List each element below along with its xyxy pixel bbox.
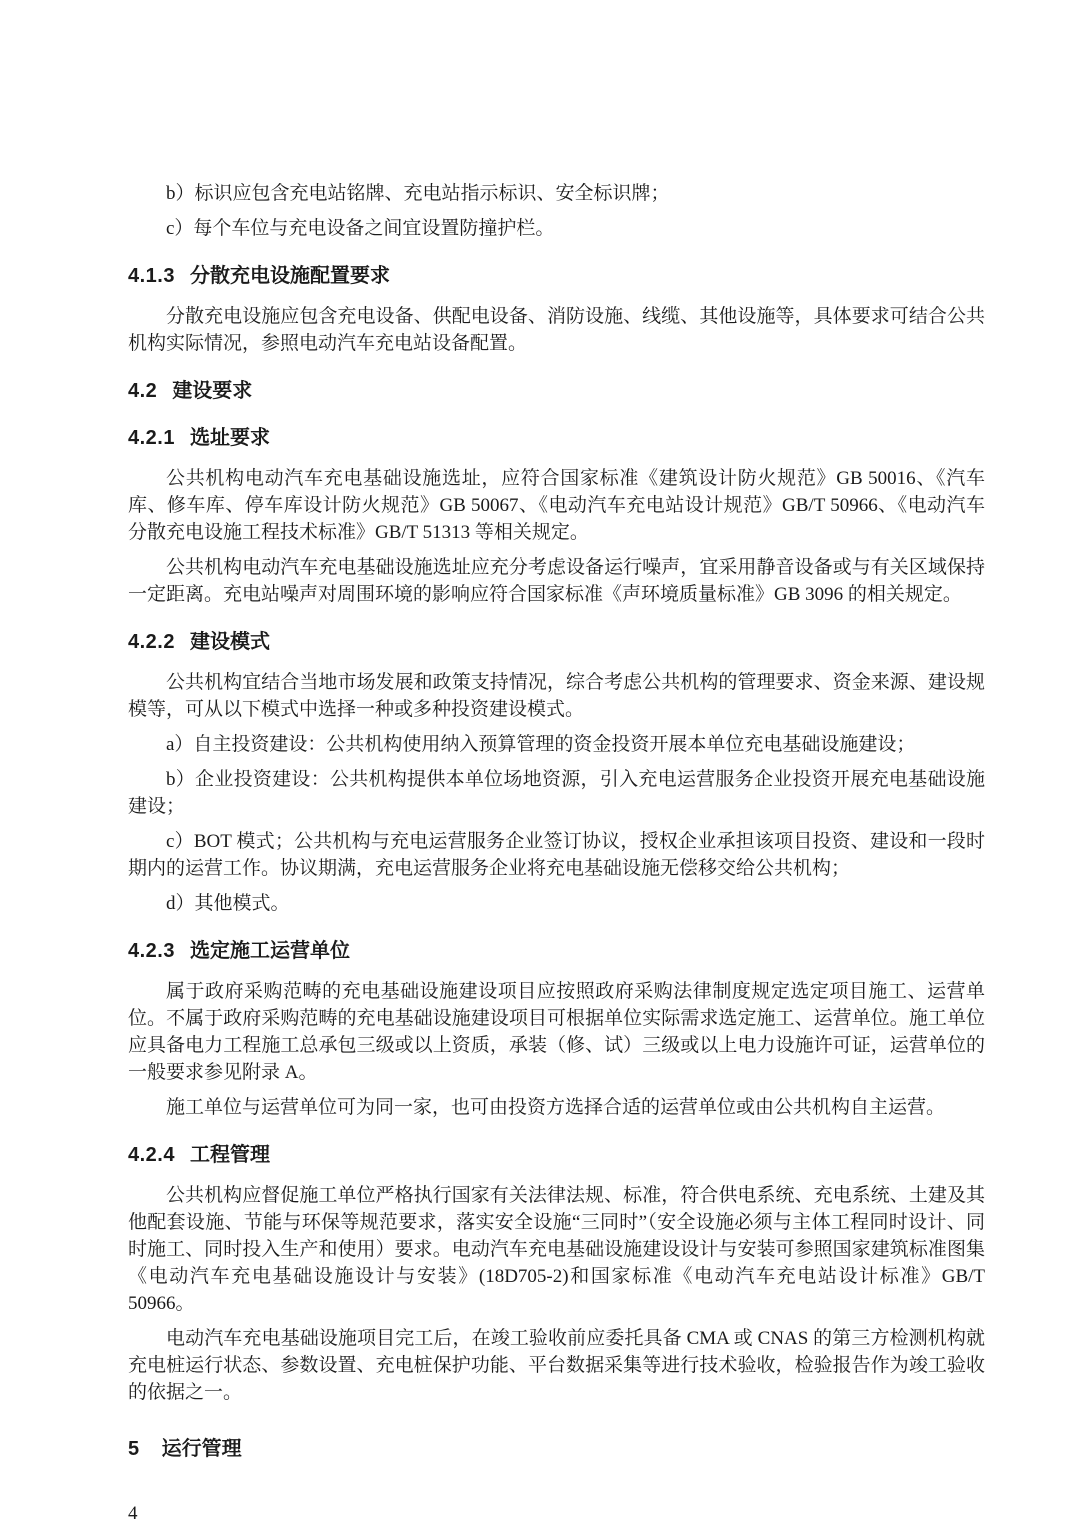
paragraph: 公共机构电动汽车充电基础设施选址应充分考虑设备运行噪声，宜采用静音设备或与有关区… [128, 554, 985, 608]
list-item: c）每个车位与充电设备之间宜设置防撞护栏。 [128, 215, 985, 242]
chapter-heading-5: 5运行管理 [128, 1436, 985, 1462]
chapter-number: 5 [128, 1436, 140, 1462]
section-title: 选定施工运营单位 [190, 940, 350, 962]
paragraph: 分散充电设施应包含充电设备、供配电设备、消防设施、线缆、其他设施等，具体要求可结… [128, 303, 985, 357]
section-heading-4-2-4: 4.2.4工程管理 [128, 1142, 985, 1168]
section-title: 建设模式 [190, 631, 270, 653]
section-heading-4-1-3: 4.1.3分散充电设施配置要求 [128, 263, 985, 289]
document-page: b）标识应包含充电站铭牌、充电站指示标识、安全标识牌； c）每个车位与充电设备之… [0, 0, 1080, 1527]
section-heading-4-2-1: 4.2.1选址要求 [128, 425, 985, 451]
section-number: 4.2.3 [128, 938, 175, 964]
paragraph: 电动汽车充电基础设施项目完工后，在竣工验收前应委托具备 CMA 或 CNAS 的… [128, 1325, 985, 1406]
paragraph: 属于政府采购范畴的充电基础设施建设项目应按照政府采购法律制度规定选定项目施工、运… [128, 978, 985, 1086]
section-number: 4.2.4 [128, 1142, 175, 1168]
section-title: 工程管理 [190, 1144, 270, 1166]
paragraph: 公共机构宜结合当地市场发展和政策支持情况，综合考虑公共机构的管理要求、资金来源、… [128, 669, 985, 723]
section-heading-4-2: 4.2建设要求 [128, 378, 985, 404]
section-number: 4.2.2 [128, 629, 175, 655]
list-item: a）自主投资建设：公共机构使用纳入预算管理的资金投资开展本单位充电基础设施建设； [128, 731, 985, 758]
list-item: b）标识应包含充电站铭牌、充电站指示标识、安全标识牌； [128, 180, 985, 207]
section-heading-4-2-3: 4.2.3选定施工运营单位 [128, 938, 985, 964]
paragraph: 施工单位与运营单位可为同一家，也可由投资方选择合适的运营单位或由公共机构自主运营… [128, 1094, 985, 1121]
list-item: d）其他模式。 [128, 890, 985, 917]
page-number: 4 [128, 1500, 985, 1527]
list-item: b）企业投资建设：公共机构提供本单位场地资源，引入充电运营服务企业投资开展充电基… [128, 766, 985, 820]
paragraph: 公共机构电动汽车充电基础设施选址，应符合国家标准《建筑设计防火规范》GB 500… [128, 465, 985, 546]
paragraph: 公共机构应督促施工单位严格执行国家有关法律法规、标准，符合供电系统、充电系统、土… [128, 1182, 985, 1317]
section-heading-4-2-2: 4.2.2建设模式 [128, 629, 985, 655]
section-number: 4.2.1 [128, 425, 175, 451]
section-number: 4.2 [128, 378, 157, 404]
section-title: 分散充电设施配置要求 [190, 265, 390, 287]
section-title: 建设要求 [172, 380, 252, 402]
list-item: c）BOT 模式；公共机构与充电运营服务企业签订协议，授权企业承担该项目投资、建… [128, 828, 985, 882]
section-title: 选址要求 [190, 427, 270, 449]
section-number: 4.1.3 [128, 263, 175, 289]
chapter-title: 运行管理 [162, 1438, 242, 1460]
